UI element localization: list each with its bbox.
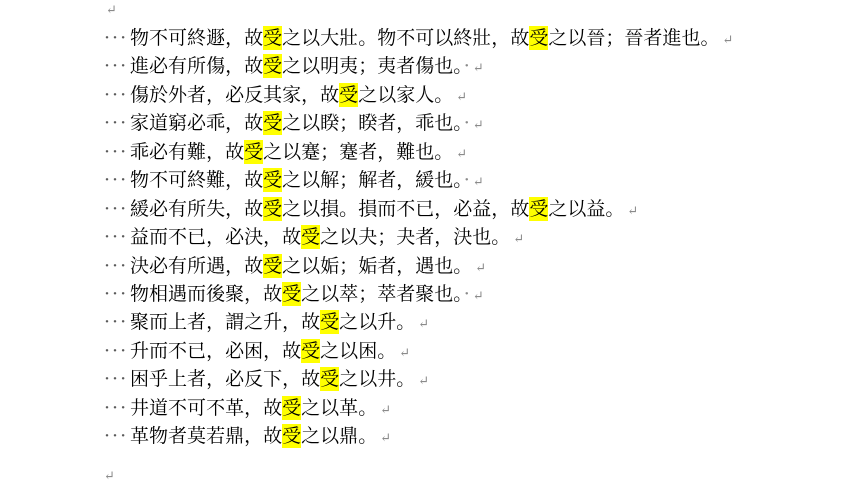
text-line[interactable]: ···決必有所遇，故受之以姤；姤者，遇也。↵ (104, 252, 854, 280)
text-line[interactable]: ···井道不可不革，故受之以革。↵ (104, 394, 854, 422)
space-marks-icon: ··· (104, 81, 130, 109)
line-text: 益而不已，必決，故受之以夬；夬者，決也。 (130, 225, 510, 249)
line-text: 物不可終難，故受之以解；解者，緩也。 (130, 168, 463, 192)
document-page: ↵ ···物不可終遯，故受之以大壯。物不可以終壯，故受之以晉；晉者進也。↵···… (0, 0, 865, 492)
space-marks-icon: ··· (104, 223, 130, 251)
highlighted-char: 受 (529, 26, 548, 50)
paragraph-mark-icon: ↵ (456, 147, 467, 162)
highlighted-char: 受 (320, 367, 339, 391)
highlighted-char: 受 (339, 83, 358, 107)
highlighted-char: 受 (282, 424, 301, 448)
space-marks-icon: ··· (104, 280, 130, 308)
space-marks-icon: ··· (104, 138, 130, 166)
highlighted-char: 受 (263, 54, 282, 78)
paragraph-mark-icon: ↵ (380, 403, 391, 418)
paragraph-mark-icon: ↵ (473, 61, 484, 76)
space-marks-icon: ··· (104, 52, 130, 80)
highlighted-char: 受 (263, 168, 282, 192)
text-line[interactable]: ···物不可終難，故受之以解；解者，緩也。·↵ (104, 166, 854, 194)
line-text: 進必有所傷，故受之以明夷；夷者傷也。 (130, 54, 463, 78)
line-text: 決必有所遇，故受之以姤；姤者，遇也。 (130, 254, 472, 278)
space-marks-icon: ··· (104, 394, 130, 422)
paragraph-mark-icon: ↵ (418, 317, 429, 332)
line-text: 緩必有所失，故受之以損。損而不已，必益，故受之以益。 (130, 197, 624, 221)
empty-paragraph-mark-icon: ↵ (104, 470, 115, 483)
trailing-space-mark-icon: · (464, 112, 470, 134)
line-text: 物不可終遯，故受之以大壯。物不可以終壯，故受之以晉；晉者進也。 (130, 26, 719, 50)
paragraph-mark-icon: ↵ (456, 90, 467, 105)
text-line[interactable]: ···聚而上者，謂之升，故受之以升。↵ (104, 308, 854, 336)
trailing-space-mark-icon: · (464, 283, 470, 305)
space-marks-icon: ··· (104, 166, 130, 194)
highlighted-char: 受 (263, 254, 282, 278)
text-line[interactable]: ···進必有所傷，故受之以明夷；夷者傷也。·↵ (104, 52, 854, 80)
paragraph-mark-icon: ↵ (473, 289, 484, 304)
space-marks-icon: ··· (104, 109, 130, 137)
text-line[interactable]: ···益而不已，必決，故受之以夬；夬者，決也。↵ (104, 223, 854, 251)
highlighted-char: 受 (301, 225, 320, 249)
space-marks-icon: ··· (104, 365, 130, 393)
text-line[interactable]: ···乖必有難，故受之以蹇；蹇者，難也。↵ (104, 138, 854, 166)
text-line[interactable]: ···物相遇而後聚，故受之以萃；萃者聚也。·↵ (104, 280, 854, 308)
line-text: 升而不已，必困，故受之以困。 (130, 339, 396, 363)
paragraph-mark-icon: ↵ (473, 175, 484, 190)
text-line[interactable]: ···困乎上者，必反下，故受之以井。↵ (104, 365, 854, 393)
highlighted-char: 受 (282, 396, 301, 420)
document-lines: ···物不可終遯，故受之以大壯。物不可以終壯，故受之以晉；晉者進也。↵···進必… (104, 24, 854, 451)
line-text: 家道窮必乖，故受之以睽；睽者，乖也。 (130, 111, 463, 135)
highlighted-char: 受 (301, 339, 320, 363)
highlighted-char: 受 (263, 26, 282, 50)
paragraph-mark-icon: ↵ (418, 374, 429, 389)
paragraph-mark-icon: ↵ (627, 204, 638, 219)
paragraph-mark-icon: ↵ (473, 118, 484, 133)
highlighted-char: 受 (529, 197, 548, 221)
text-line[interactable]: ···家道窮必乖，故受之以睽；睽者，乖也。·↵ (104, 109, 854, 137)
space-marks-icon: ··· (104, 195, 130, 223)
trailing-space-mark-icon: · (464, 55, 470, 77)
space-marks-icon: ··· (104, 308, 130, 336)
paragraph-mark-icon: ↵ (513, 232, 524, 247)
line-text: 乖必有難，故受之以蹇；蹇者，難也。 (130, 140, 453, 164)
line-text: 革物者莫若鼎，故受之以鼎。 (130, 424, 377, 448)
text-line[interactable]: ···緩必有所失，故受之以損。損而不已，必益，故受之以益。↵ (104, 195, 854, 223)
paragraph-mark-icon: ↵ (399, 346, 410, 361)
line-text: 物相遇而後聚，故受之以萃；萃者聚也。 (130, 282, 463, 306)
empty-paragraph-mark-icon: ↵ (106, 4, 117, 17)
trailing-space-mark-icon: · (464, 169, 470, 191)
highlighted-char: 受 (263, 197, 282, 221)
text-line[interactable]: ···升而不已，必困，故受之以困。↵ (104, 337, 854, 365)
text-line[interactable]: ···傷於外者，必反其家，故受之以家人。↵ (104, 81, 854, 109)
paragraph-mark-icon: ↵ (722, 33, 733, 48)
paragraph-mark-icon: ↵ (475, 261, 486, 276)
highlighted-char: 受 (282, 282, 301, 306)
text-line[interactable]: ···物不可終遯，故受之以大壯。物不可以終壯，故受之以晉；晉者進也。↵ (104, 24, 854, 52)
space-marks-icon: ··· (104, 422, 130, 450)
highlighted-char: 受 (244, 140, 263, 164)
space-marks-icon: ··· (104, 252, 130, 280)
text-line[interactable]: ···革物者莫若鼎，故受之以鼎。↵ (104, 422, 854, 450)
highlighted-char: 受 (320, 310, 339, 334)
line-text: 困乎上者，必反下，故受之以井。 (130, 367, 415, 391)
space-marks-icon: ··· (104, 24, 130, 52)
line-text: 傷於外者，必反其家，故受之以家人。 (130, 83, 453, 107)
paragraph-mark-icon: ↵ (380, 431, 391, 446)
line-text: 聚而上者，謂之升，故受之以升。 (130, 310, 415, 334)
space-marks-icon: ··· (104, 337, 130, 365)
line-text: 井道不可不革，故受之以革。 (130, 396, 377, 420)
highlighted-char: 受 (263, 111, 282, 135)
